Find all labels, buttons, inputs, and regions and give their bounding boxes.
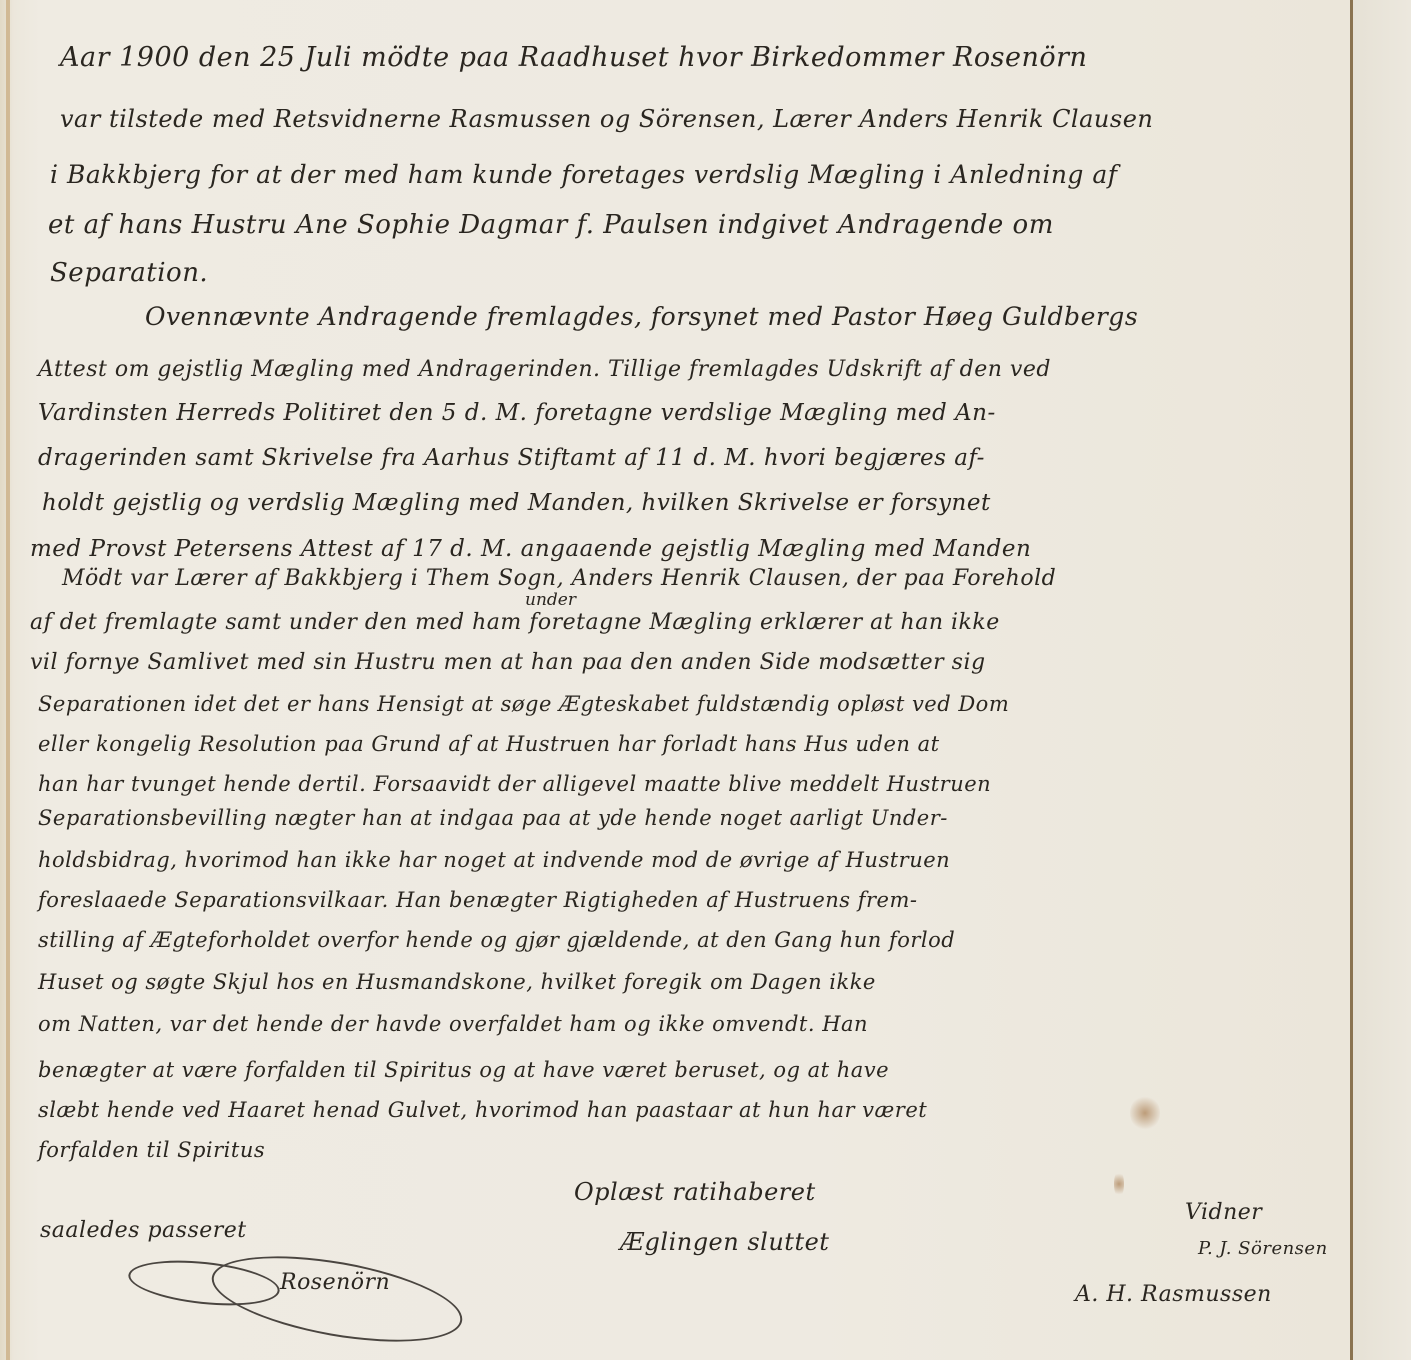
- text-line: Huset og søgte Skjul hos en Husmandskone…: [38, 970, 876, 994]
- ink-stain: [1114, 1170, 1124, 1198]
- text-line: med Provst Petersens Attest af 17 d. M. …: [30, 536, 1031, 562]
- text-line: Ovennævnte Andragende fremlagdes, forsyn…: [145, 302, 1138, 331]
- text-line: Separation.: [50, 258, 208, 288]
- text-line: stilling af Ægteforholdet overfor hende …: [38, 928, 955, 952]
- text-line: holdt gejstlig og verdslig Mægling med M…: [42, 490, 991, 516]
- signature-witness-1: P. J. Sörensen: [1198, 1238, 1328, 1259]
- text-line: i Bakkbjerg for at der med ham kunde for…: [50, 160, 1118, 189]
- left-binding-edge: [6, 0, 10, 1360]
- text-line: eller kongelig Resolution paa Grund af a…: [38, 732, 940, 756]
- signature-witness-2: A. H. Rasmussen: [1075, 1282, 1272, 1307]
- insertion-mark: under: [525, 590, 576, 610]
- text-line: Aar 1900 den 25 Juli mödte paa Raadhuset…: [60, 42, 1087, 73]
- text-line: dragerinden samt Skrivelse fra Aarhus St…: [38, 445, 985, 471]
- closing-mediation-ended: Æglingen sluttet: [620, 1228, 829, 1256]
- text-line: om Natten, var det hende der havde overf…: [38, 1012, 868, 1036]
- text-line: var tilstede med Retsvidnerne Rasmussen …: [60, 105, 1153, 133]
- text-line: holdsbidrag, hvorimod han ikke har noget…: [38, 848, 950, 872]
- text-line: af det fremlagte samt under den med ham …: [30, 610, 1000, 635]
- text-line: forfalden til Spiritus: [38, 1138, 265, 1162]
- ink-stain: [1130, 1095, 1160, 1131]
- text-line: Separationen idet det er hans Hensigt at…: [38, 692, 1009, 716]
- text-line: Mödt var Lærer af Bakkbjerg i Them Sogn,…: [62, 566, 1056, 591]
- text-line: slæbt hende ved Haaret henad Gulvet, hvo…: [38, 1098, 927, 1122]
- text-line: et af hans Hustru Ane Sophie Dagmar f. P…: [48, 210, 1054, 240]
- text-line: foreslaaede Separationsvilkaar. Han benæ…: [38, 888, 918, 912]
- signature-judge: Rosenörn: [280, 1270, 390, 1295]
- closing-read-ratified: Oplæst ratihaberet: [574, 1178, 816, 1206]
- witnesses-label: Vidner: [1185, 1200, 1262, 1225]
- text-line: han har tvunget hende dertil. Forsaavidt…: [38, 772, 991, 796]
- text-line: Attest om gejstlig Mægling med Andrageri…: [38, 357, 1051, 382]
- text-line: vil fornye Samlivet med sin Hustru men a…: [30, 650, 986, 675]
- next-page-margin: [1353, 0, 1411, 1360]
- closing-passed-thus: saaledes passeret: [40, 1218, 247, 1243]
- text-line: Vardinsten Herreds Politiret den 5 d. M.…: [38, 400, 996, 426]
- text-line: Separationsbevilling nægter han at indga…: [38, 806, 948, 830]
- text-line: benægter at være forfalden til Spiritus …: [38, 1058, 889, 1082]
